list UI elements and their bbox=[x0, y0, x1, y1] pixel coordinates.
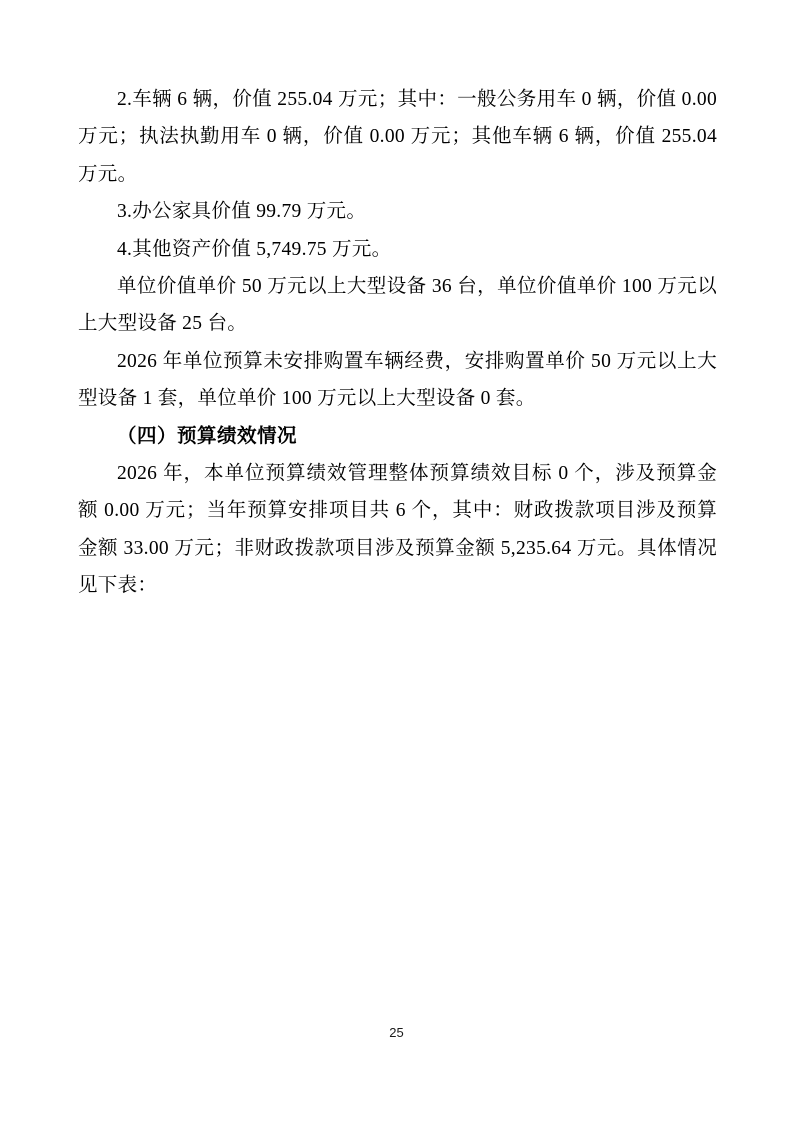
paragraph-large-equipment: 单位价值单价 50 万元以上大型设备 36 台，单位价值单价 100 万元以上大… bbox=[78, 268, 717, 343]
paragraph-budget-performance: 2026 年，本单位预算绩效管理整体预算绩效目标 0 个，涉及预算金额 0.00… bbox=[78, 455, 717, 605]
document-body: 2.车辆 6 辆，价值 255.04 万元；其中：一般公务用车 0 辆，价值 0… bbox=[78, 81, 717, 605]
paragraph-vehicles: 2.车辆 6 辆，价值 255.04 万元；其中：一般公务用车 0 辆，价值 0… bbox=[78, 81, 717, 193]
paragraph-office-furniture: 3.办公家具价值 99.79 万元。 bbox=[78, 193, 717, 230]
paragraph-2026-purchase-plan: 2026 年单位预算未安排购置车辆经费，安排购置单价 50 万元以上大型设备 1… bbox=[78, 343, 717, 418]
page-number: 25 bbox=[0, 1025, 793, 1040]
paragraph-other-assets: 4.其他资产价值 5,749.75 万元。 bbox=[78, 231, 717, 268]
section-heading-budget-performance: （四）预算绩效情况 bbox=[78, 418, 717, 455]
document-page: 2.车辆 6 辆，价值 255.04 万元；其中：一般公务用车 0 辆，价值 0… bbox=[0, 0, 793, 1122]
